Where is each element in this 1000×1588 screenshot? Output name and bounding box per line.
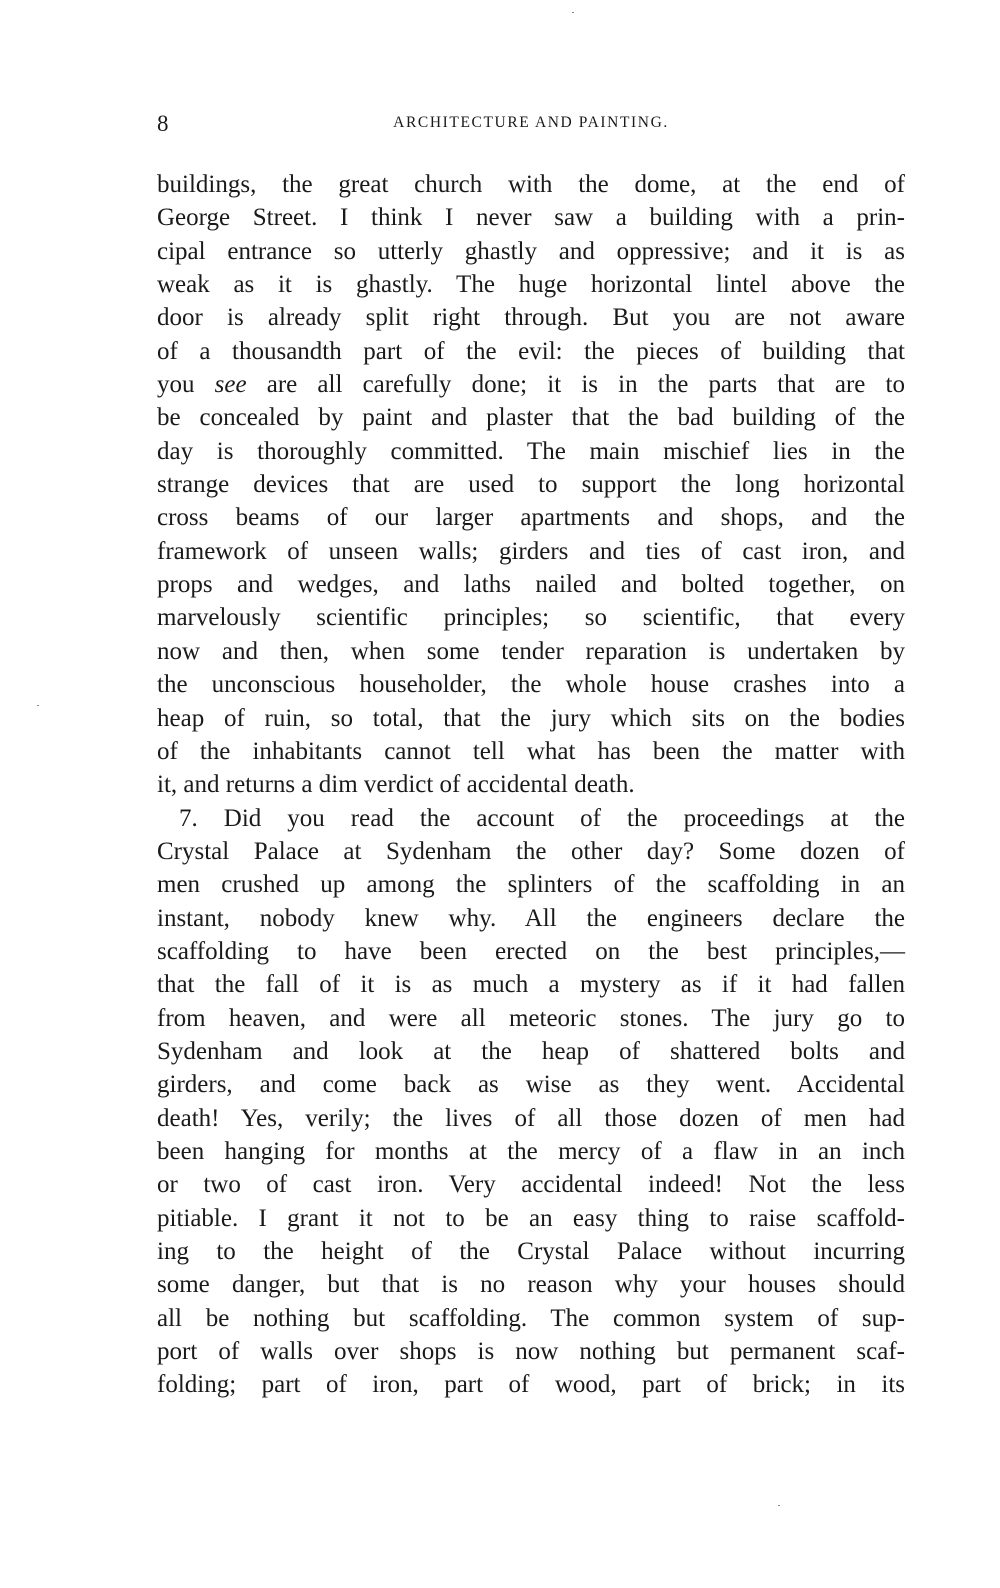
text-line: or two of cast iron. Very accidental ind… [157, 1168, 905, 1201]
text-line: Crystal Palace at Sydenham the other day… [157, 835, 905, 868]
text-line: framework of unseen walls; girders and t… [157, 535, 905, 568]
text-line: Sydenham and look at the heap of shatter… [157, 1035, 905, 1068]
text-line: girders, and come back as wise as they w… [157, 1068, 905, 1101]
text-line: pitiable. I grant it not to be an easy t… [157, 1202, 905, 1235]
text-line: instant, nobody knew why. All the engine… [157, 902, 905, 935]
text-line: that the fall of it is as much a mystery… [157, 968, 905, 1001]
text-line: the unconscious householder, the whole h… [157, 668, 905, 701]
text-line: folding; part of iron, part of wood, par… [157, 1368, 905, 1401]
text-line: port of walls over shops is now nothing … [157, 1335, 905, 1368]
scan-speck [778, 1505, 780, 1506]
text-line: George Street. I think I never saw a bui… [157, 201, 905, 234]
text-line: of the inhabitants cannot tell what has … [157, 735, 905, 768]
text-line: 7. Did you read the account of the proce… [157, 802, 905, 835]
scan-speck [572, 12, 574, 13]
text-line: death! Yes, verily; the lives of all tho… [157, 1102, 905, 1135]
text-line: ing to the height of the Crystal Palace … [157, 1235, 905, 1268]
text-line: it, and returns a dim verdict of acciden… [157, 768, 905, 801]
text-line: of a thousandth part of the evil: the pi… [157, 335, 905, 368]
text-line: some danger, but that is no reason why y… [157, 1268, 905, 1301]
text-line: strange devices that are used to support… [157, 468, 905, 501]
text-line: day is thoroughly committed. The main mi… [157, 435, 905, 468]
text-line: from heaven, and were all meteoric stone… [157, 1002, 905, 1035]
text-line: men crushed up among the splinters of th… [157, 868, 905, 901]
text-line: all be nothing but scaffolding. The comm… [157, 1302, 905, 1335]
text-line: door is already split right through. But… [157, 301, 905, 334]
text-line: heap of ruin, so total, that the jury wh… [157, 702, 905, 735]
emphasis: see [215, 371, 247, 398]
text-line: cross beams of our larger apartments and… [157, 501, 905, 534]
text-line: scaffolding to have been erected on the … [157, 935, 905, 968]
text-line: buildings, the great church with the dom… [157, 168, 905, 201]
text-line: marvelously scientific principles; so sc… [157, 601, 905, 634]
text-line: cipal entrance so utterly ghastly and op… [157, 235, 905, 268]
text-line: now and then, when some tender reparatio… [157, 635, 905, 668]
text-line: weak as it is ghastly. The huge horizont… [157, 268, 905, 301]
running-title: ARCHITECTURE AND PAINTING. [157, 114, 905, 132]
text-line: props and wedges, and laths nailed and b… [157, 568, 905, 601]
book-page: 8 ARCHITECTURE AND PAINTING. buildings, … [0, 0, 1000, 1588]
text-line: be concealed by paint and plaster that t… [157, 401, 905, 434]
text-line: you see are all carefully done; it is in… [157, 368, 905, 401]
running-head: 8 ARCHITECTURE AND PAINTING. [157, 110, 905, 140]
scan-speck [37, 705, 39, 706]
body-text: buildings, the great church with the dom… [157, 168, 905, 1402]
text-line: been hanging for months at the mercy of … [157, 1135, 905, 1168]
